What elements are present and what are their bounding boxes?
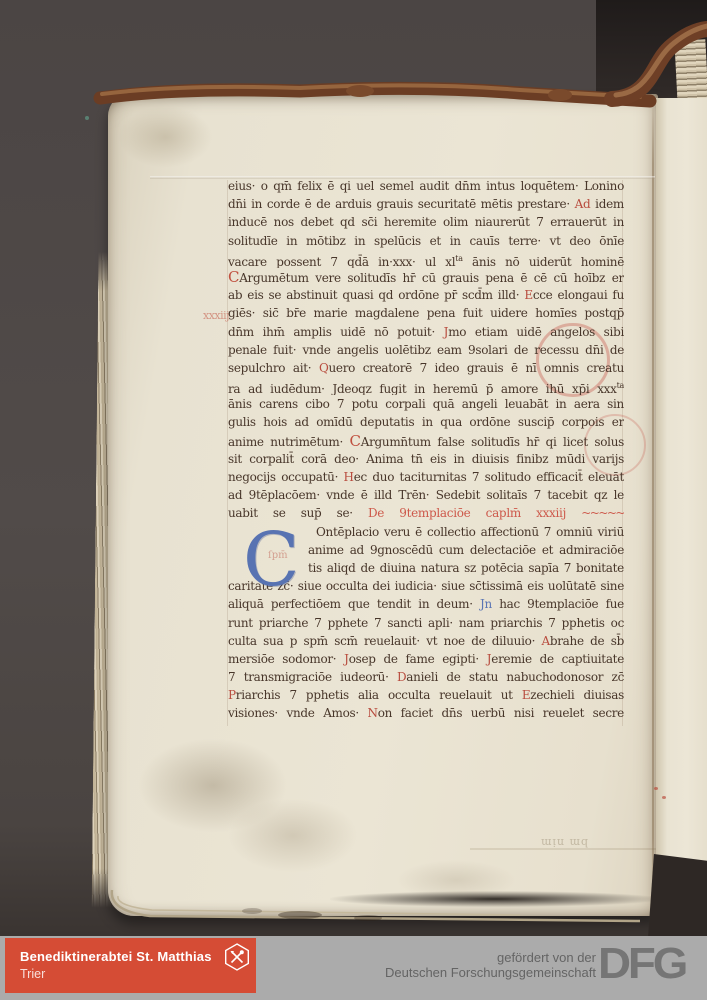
manuscript-line: runt priarche 7 pphete 7 sancti apli· na… [228, 614, 624, 632]
manuscript-text-segment: solitudīe in mōtibz in spelūcis et in ca… [228, 234, 624, 248]
manuscript-text-segment: runt priarche 7 pphete 7 sancti apli· na… [228, 616, 624, 630]
manuscript-line: dn̄i in corde ē de arduis grauis securit… [228, 195, 624, 213]
owner-name: Benediktinerabtei St. Matthias [20, 949, 212, 964]
manuscript-text-segment: ~~~~~ [581, 506, 624, 520]
footer-bar: Benediktinerabtei St. Matthias Trier gef… [0, 936, 707, 1000]
manuscript-text-segment: eius· o qm̄ felix ē qi uel semel audit d… [228, 179, 624, 193]
manuscript-text-segment: ta [455, 254, 462, 263]
manuscript-text-segment: hac 9templaciōe fue [492, 597, 624, 611]
manuscript-text-segment: D [397, 670, 406, 684]
manuscript-line: solitudīe in mōtibz in spelūcis et in ca… [228, 232, 624, 250]
manuscript-text-segment: C [350, 432, 361, 450]
manuscript-text-segment: ra ad iudēdum· Jdeoqz fugit in heremū p̄… [228, 382, 617, 395]
manuscript-text-segment: idem [590, 197, 624, 211]
page-edges-top-right [674, 39, 707, 105]
manuscript-text-segment: eremie de captiuitate [491, 652, 624, 666]
manuscript-text-segment: visiones· vnde Amos· [228, 706, 368, 720]
digitized-page: bm nim eius· o qm̄ felix ē qi uel semel … [0, 0, 707, 1000]
funding-line1: gefördert von der [385, 951, 596, 966]
manuscript-text-segment: cce elongaui fu [533, 288, 624, 302]
dfg-logo: DFG [598, 944, 685, 984]
manuscript-line: inducē nos debet qd sc̄i heremite olim n… [228, 213, 624, 231]
manuscript-line: dn̄m ihm̄ amplis uidē nō potuit· Jmo eti… [228, 323, 624, 341]
manuscript-text-segment: Argumn̄tum false solitudīs hr̄ qi licet … [361, 435, 624, 449]
manuscript-text-segment: dn̄m ihm̄ amplis uidē nō potuit· [228, 325, 444, 339]
manuscript-text-segment: anime ad 9gnoscēdū cum delectaciōe et ad… [308, 543, 624, 559]
manuscript-photo: bm nim eius· o qm̄ felix ē qi uel semel … [0, 0, 707, 936]
show-through-text: bm nim [540, 836, 588, 849]
manuscript-line: ad 9tēplacōem· vnde ē illd Trēn· Sedebit… [228, 486, 624, 504]
abbey-crest-icon [222, 942, 252, 972]
manuscript-text-segment: sit corpalit̄ corā deo· Anima tn̄ eis in… [228, 452, 624, 466]
red-speck [654, 787, 658, 790]
manuscript-text-segment: ta [617, 381, 624, 390]
manuscript-text-segment: uero creatorē 7 ideo grauis ē nī omnis c… [329, 361, 625, 375]
manuscript-text-segment: culta sua p spm̄ scm̄ reuelauit· vt noe … [228, 634, 541, 648]
manuscript-text-segment: ānis carens cibo 7 potu corpali quā ange… [228, 397, 624, 411]
manuscript-text-segment: mo etiam uidē angelos sibi [448, 325, 624, 339]
manuscript-text-block: eius· o qm̄ felix ē qi uel semel audit d… [228, 177, 624, 723]
manuscript-text-segment: E [524, 288, 532, 302]
manuscript-line: anime nutrimētum· CArgumn̄tum false soli… [228, 432, 624, 450]
manuscript-line: negocijs occupatū· Hec duo taciturnitas … [228, 468, 624, 486]
margin-chapter-note: xxxiij [203, 309, 229, 322]
owner-place: Trier [20, 967, 45, 981]
manuscript-text-segment: Argumētum vere solitudīs hr̄ cū grauis p… [239, 271, 624, 285]
manuscript-line: ānis carens cibo 7 potu corpali quā ange… [228, 395, 624, 413]
manuscript-text-segment: C [228, 268, 239, 286]
gutter-crease [652, 100, 654, 902]
manuscript-text-segment: zechieli diuisas [530, 688, 624, 702]
manuscript-line: ra ad iudēdum· Jdeoqz fugit in heremū p̄… [228, 377, 624, 395]
manuscript-line: culta sua p spm̄ scm̄ reuelauit· vt noe … [228, 632, 624, 650]
manuscript-text-segment: giēs· sic̄ br̄e marie magdalene pena fui… [228, 306, 624, 320]
manuscript-text-segment: vacare possent 7 qd̄ā in·xxx· ul xl [228, 255, 455, 268]
owner-banner: Benediktinerabtei St. Matthias Trier [5, 938, 256, 993]
manuscript-text-segment: osep de fame egipti· [349, 652, 487, 666]
manuscript-text-segment: tis aliqd de diuina natura sz potēcia sa… [308, 561, 624, 575]
manuscript-text-segment: anime nutrimētum· [228, 435, 350, 449]
manuscript-text-segment: Ontēplacio veru ē collectio affectionū 7… [316, 525, 624, 539]
manuscript-line: sepulchro ait· Quero creatorē 7 ideo gra… [228, 359, 624, 377]
manuscript-line: sit corpalit̄ corā deo· Anima tn̄ eis in… [228, 450, 624, 468]
manuscript-text-segment: dn̄i in corde ē de arduis grauis securit… [228, 197, 575, 211]
manuscript-text-segment: anieli de statu nabuchodonosor zc̄ [406, 670, 624, 684]
manuscript-text-segment: De 9templaciōe caplm̄ xxxiij [368, 506, 581, 520]
manuscript-line: 7 transmigraciōe iudeorū· Danieli de sta… [228, 668, 624, 686]
manuscript-text-segment: N [368, 706, 378, 720]
manuscript-text-segment: 7 transmigraciōe iudeorū· [228, 670, 397, 684]
parchment-stain [118, 106, 213, 168]
manuscript-text-segment: H [344, 470, 354, 484]
manuscript-line: CArgumētum vere solitudīs hr̄ cū grauis … [228, 268, 624, 286]
manuscript-line: giēs· sic̄ br̄e marie magdalene pena fui… [228, 304, 624, 322]
manuscript-text-segment: mersiōe sodomor· [228, 652, 344, 666]
manuscript-text-segment: penale fuit· vnde angelis uolētibz eam 9… [228, 343, 624, 357]
manuscript-text-segment: riarchis 7 pphetis alia occulta reuelaui… [236, 688, 522, 702]
manuscript-text-segment: A [541, 634, 549, 648]
bottom-right-shadow [648, 854, 707, 938]
manuscript-line: eius· o qm̄ felix ē qi uel semel audit d… [228, 177, 624, 195]
manuscript-text-segment: ānis nō uiderūt hominē [463, 255, 624, 268]
facing-page-sliver [656, 98, 707, 864]
manuscript-text-segment: gulis hois ad omīdū deputatis in qua ord… [228, 415, 624, 429]
manuscript-line: penale fuit· vnde angelis uolētibz eam 9… [228, 341, 624, 359]
manuscript-line: visiones· vnde Amos· Non faciet dn̄s uer… [228, 704, 624, 722]
manuscript-line: Priarchis 7 pphetis alia occulta reuelau… [228, 686, 624, 704]
manuscript-line: ab eis se abstinuit quasi qd ordōne pr̄ … [228, 286, 624, 304]
manuscript-line: mersiōe sodomor· Josep de fame egipti· J… [228, 650, 624, 668]
manuscript-text-segment: negocijs occupatū· [228, 470, 344, 484]
manuscript-line: vacare possent 7 qd̄ā in·xxx· ul xlta ān… [228, 250, 624, 268]
manuscript-text-segment: sepulchro ait· [228, 361, 319, 375]
parchment-stain [228, 798, 358, 873]
manuscript-text-segment: inducē nos debet qd sc̄i heremite olim n… [228, 215, 624, 229]
manuscript-text-segment: brahe de sb̄ [550, 634, 624, 648]
manuscript-line: gulis hois ad omīdū deputatis in qua ord… [228, 413, 624, 431]
funding-credit: gefördert von der Deutschen Forschungsge… [385, 951, 596, 980]
manuscript-text-segment: ec duo taciturnitas 7 solitudo efficacit… [354, 470, 624, 484]
red-speck [662, 796, 666, 799]
manuscript-text-segment: Ad [575, 197, 591, 211]
manuscript-text-segment: P [228, 688, 236, 702]
green-speck [85, 116, 89, 120]
manuscript-text-segment: on faciet dn̄s uerbū nisi reuelet secre [378, 706, 624, 720]
manuscript-text-segment: ad 9tēplacōem· vnde ē illd Trēn· Sedebit… [228, 488, 624, 502]
initial-guide-letters: ſpm̄ [268, 550, 288, 561]
manuscript-text-segment: Jn [480, 597, 492, 611]
page-bottom-shadow [330, 891, 660, 907]
manuscript-text-segment: Q [319, 361, 329, 375]
funding-line2: Deutschen Forschungsgemeinschaft [385, 966, 596, 981]
manuscript-text-segment: ab eis se abstinuit quasi qd ordōne pr̄ … [228, 288, 524, 302]
